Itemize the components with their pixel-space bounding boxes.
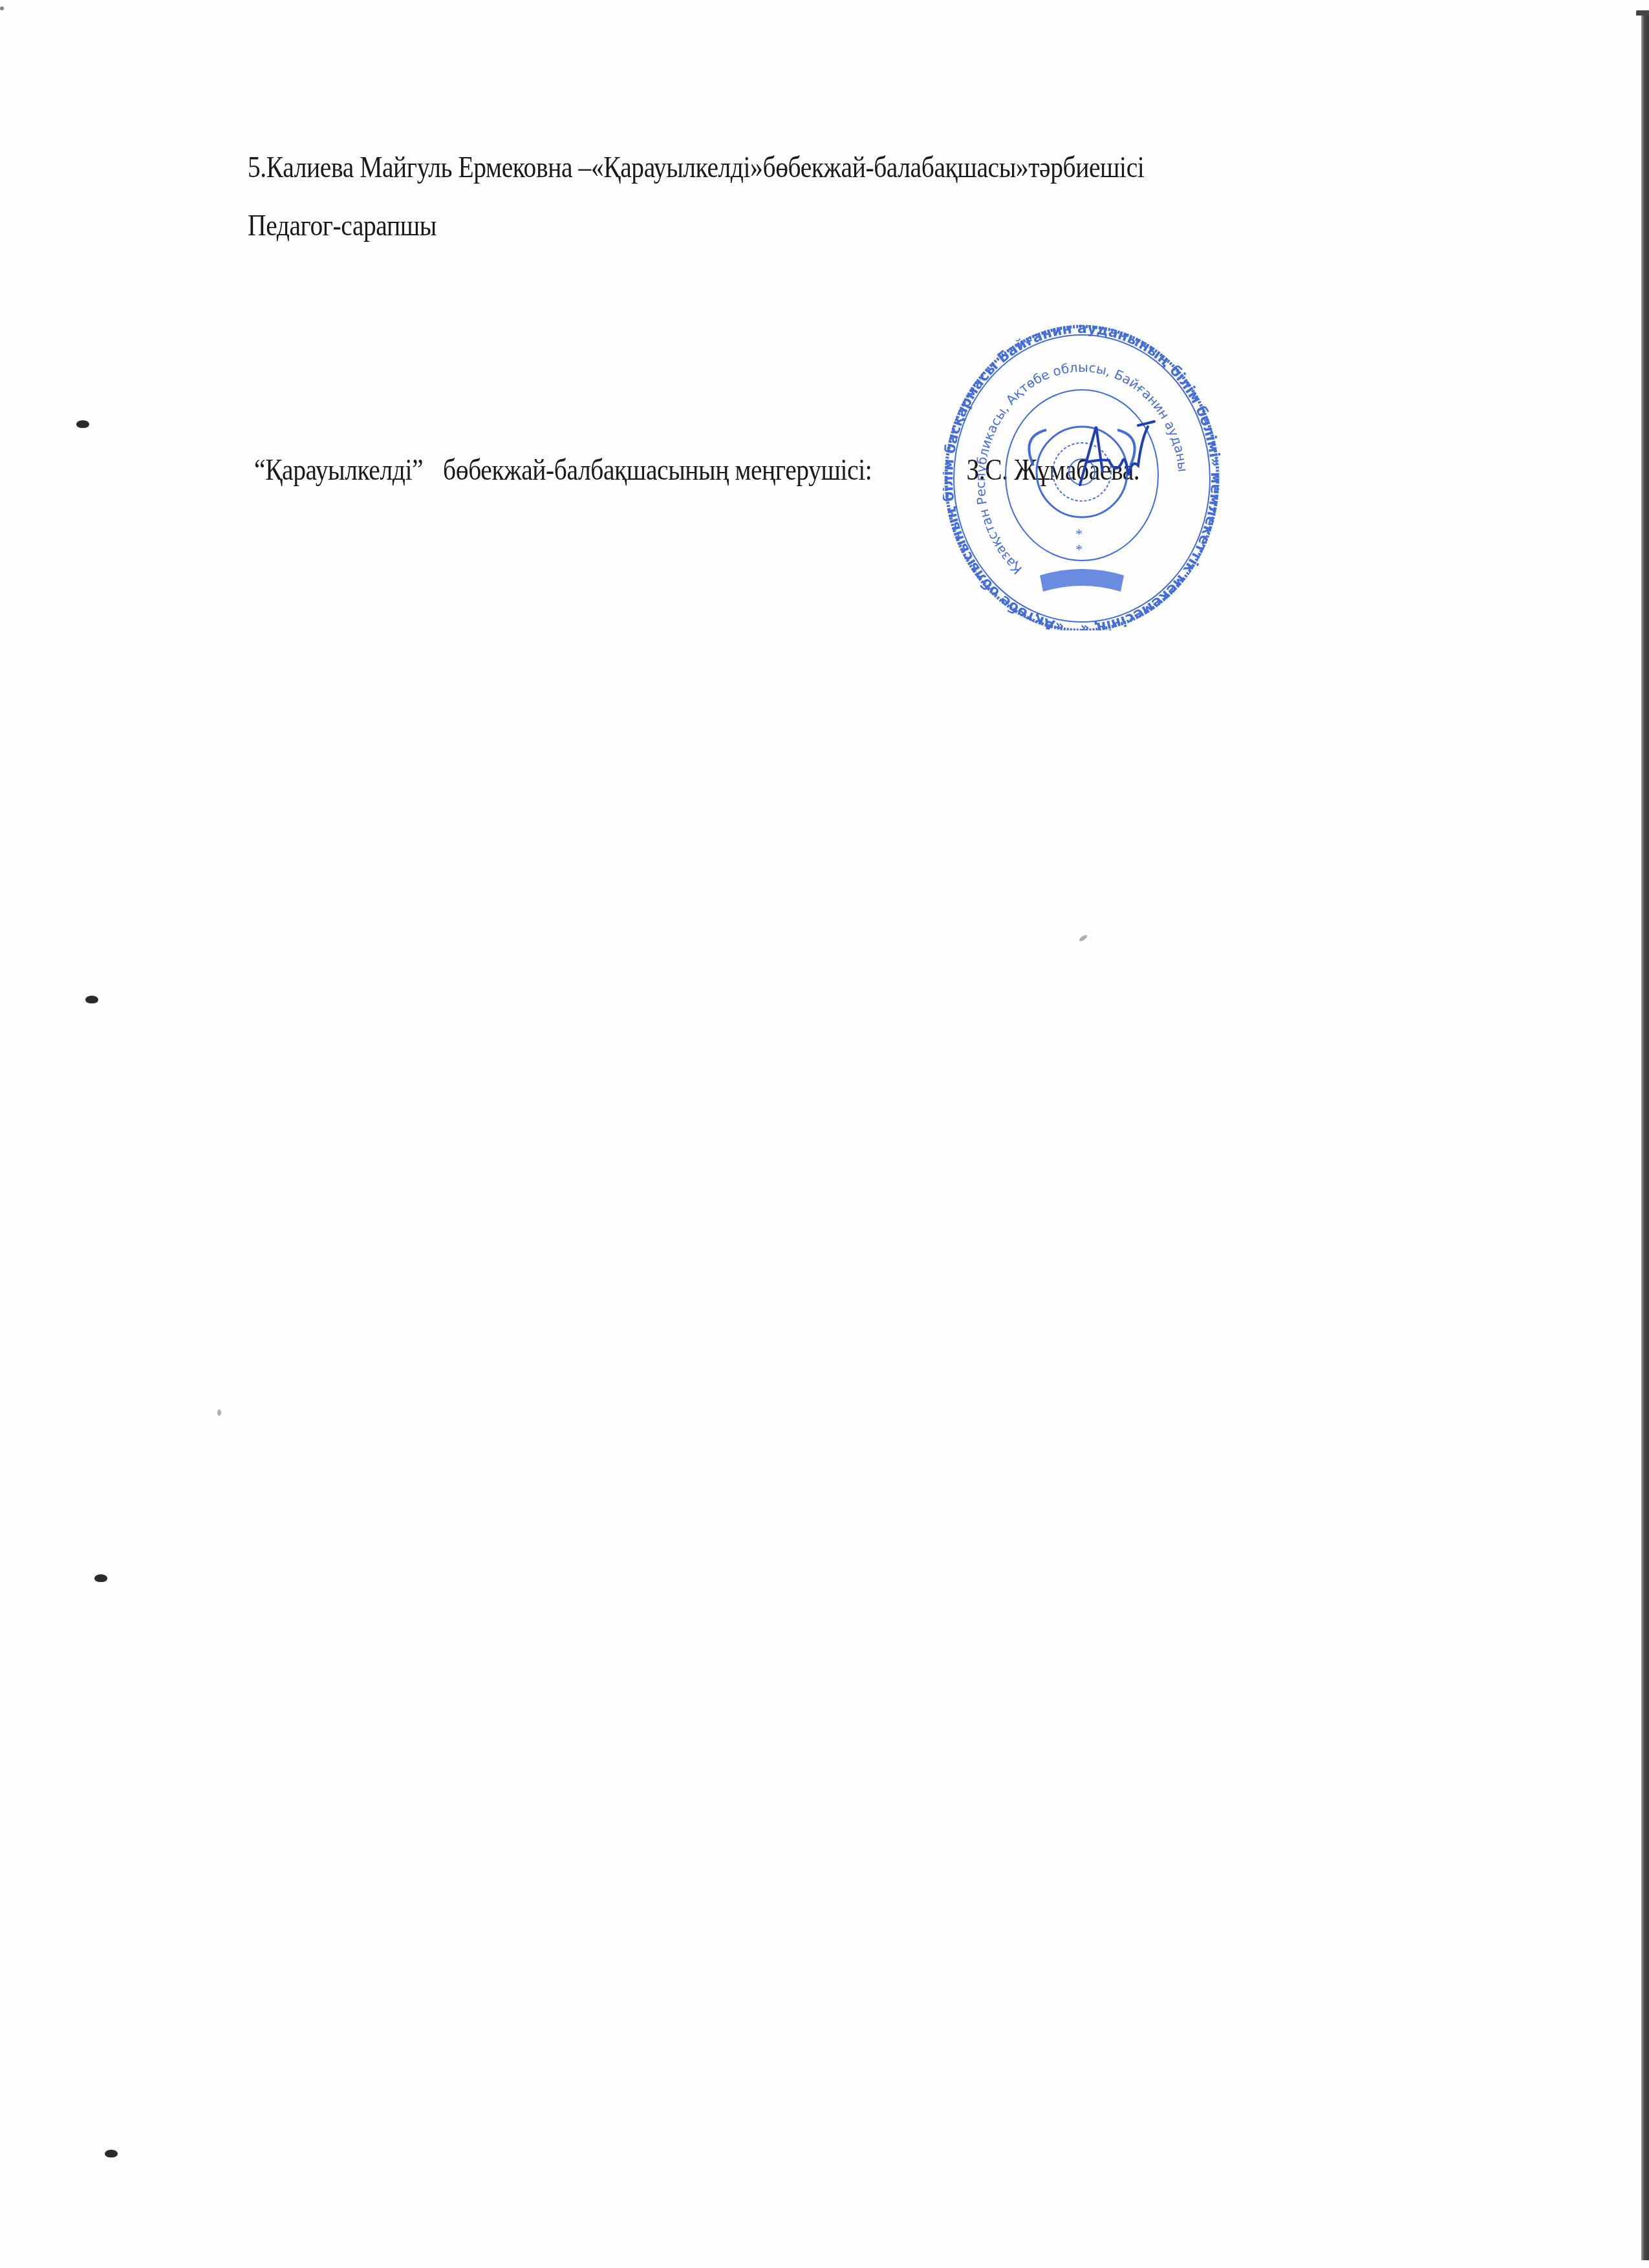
signature-title: бөбекжай-балбақшасының меңгерушісі: — [443, 453, 872, 486]
punch-hole-mark — [105, 2150, 118, 2157]
scan-speck — [1079, 934, 1088, 943]
list-item-expert: 5.Калиева Майгуль Ермековна –«Қарауылкел… — [248, 150, 1144, 184]
svg-text:*: * — [1075, 526, 1083, 542]
scanner-edge — [1641, 10, 1649, 2260]
punch-hole-mark — [76, 420, 89, 428]
punch-hole-mark — [94, 1574, 107, 1582]
signature-org: “Қарауылкелді” — [254, 453, 423, 486]
scanned-page: 5.Калиева Майгуль Ермековна –«Қарауылкел… — [0, 0, 1649, 2268]
svg-text:*: * — [1075, 541, 1083, 557]
punch-hole-mark — [85, 996, 98, 1003]
scan-speck — [217, 1409, 221, 1416]
handwritten-signature-icon — [1061, 414, 1158, 504]
expert-role: Педагог-сарапшы — [248, 208, 436, 242]
scan-speck — [0, 6, 4, 10]
